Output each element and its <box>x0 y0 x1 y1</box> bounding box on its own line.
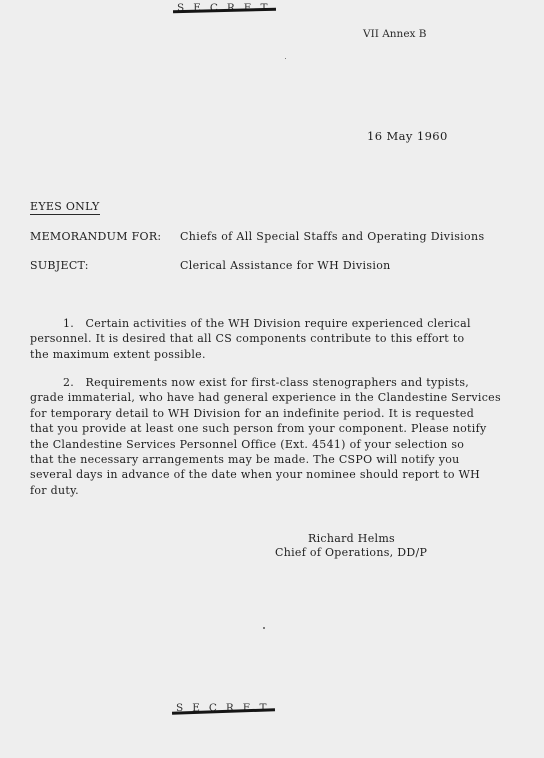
signer-name: Richard Helms <box>275 532 427 546</box>
paragraph-line: grade immaterial, who have had general e… <box>30 390 510 405</box>
paragraph-line: 2. Requirements now exist for first-clas… <box>30 375 510 390</box>
paragraph-line: for temporary detail to WH Division for … <box>30 406 510 421</box>
classification-marking-top: SECRET <box>177 2 276 14</box>
subject-label: SUBJECT: <box>30 259 89 272</box>
memorandum-for-value: Chiefs of All Special Staffs and Operati… <box>180 230 484 243</box>
paragraph-text: Certain activities of the WH Division re… <box>86 317 471 330</box>
memo-date: 16 May 1960 <box>367 129 448 143</box>
paragraph-line: personnel. It is desired that all CS com… <box>30 331 510 346</box>
classification-marking-bottom: SECRET <box>176 702 275 714</box>
paragraph-number: 2. <box>63 376 86 389</box>
paragraph-text: Requirements now exist for first-class s… <box>86 376 470 389</box>
subject-value: Clerical Assistance for WH Division <box>180 259 391 272</box>
paragraph-line: 1. Certain activities of the WH Division… <box>30 316 510 331</box>
paragraph-line: several days in advance of the date when… <box>30 467 510 482</box>
scan-speck <box>285 58 286 59</box>
signature-block: Richard Helms Chief of Operations, DD/P <box>275 532 427 560</box>
memo-page: SECRET VII Annex B 16 May 1960 EYES ONLY… <box>0 0 544 758</box>
handling-caveat: EYES ONLY <box>30 200 100 215</box>
paragraph-line: that you provide at least one such perso… <box>30 421 510 436</box>
memorandum-for-label: MEMORANDUM FOR: <box>30 230 161 243</box>
paragraph-1: 1. Certain activities of the WH Division… <box>30 316 510 362</box>
paragraph-number: 1. <box>63 317 86 330</box>
paragraph-line: that the necessary arrangements may be m… <box>30 452 510 467</box>
paragraph-line: the maximum extent possible. <box>30 347 510 362</box>
signer-title: Chief of Operations, DD/P <box>275 546 427 560</box>
annex-label: VII Annex B <box>363 28 427 40</box>
paragraph-2: 2. Requirements now exist for first-clas… <box>30 375 510 498</box>
paragraph-line: for duty. <box>30 483 510 498</box>
scan-speck <box>263 627 265 629</box>
paragraph-line: the Clandestine Services Personnel Offic… <box>30 437 510 452</box>
